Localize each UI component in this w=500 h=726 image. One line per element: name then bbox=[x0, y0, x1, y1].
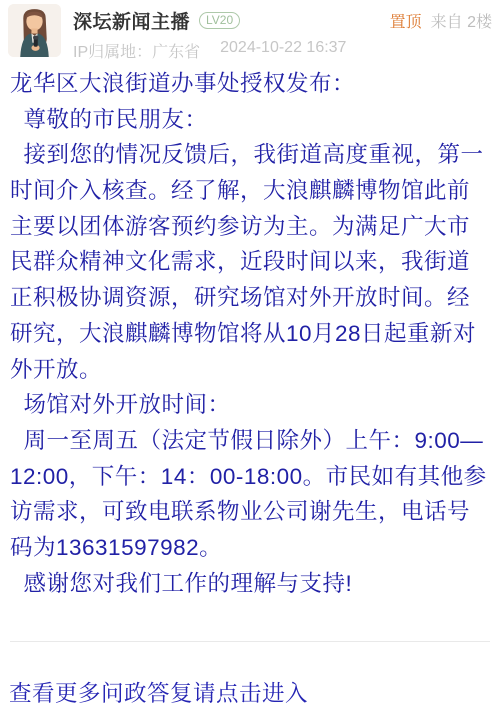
post-header: 深坛新闻主播 LV20 IP归属地：广东省 2024-10-22 16:37 置… bbox=[0, 0, 500, 62]
body-line: 尊敬的市民朋友： bbox=[10, 102, 490, 138]
body-line: 龙华区大浪街道办事处授权发布： bbox=[10, 66, 490, 102]
body-line: 正积极协调资源，研究场馆对外开放时间。经 bbox=[10, 280, 490, 316]
body-line: 时间介入核查。经了解，大浪麒麟博物馆此前 bbox=[10, 173, 490, 209]
body-line: 访需求，可致电联系物业公司谢先生，电话号 bbox=[10, 494, 490, 530]
username[interactable]: 深坛新闻主播 bbox=[73, 7, 190, 34]
level-badge: LV20 bbox=[199, 12, 240, 29]
body-line: 周一至周五（法定节假日除外）上午：9:00— bbox=[10, 423, 490, 459]
ip-location: IP归属地：广东省 bbox=[73, 39, 200, 62]
body-line: 主要以团体游客预约参访为主。为满足广大市 bbox=[10, 209, 490, 245]
more-replies-link[interactable]: 查看更多问政答复请点击进入 bbox=[9, 676, 308, 708]
post-body: 龙华区大浪街道办事处授权发布： 尊敬的市民朋友： 接到您的情况反馈后，我街道高度… bbox=[0, 62, 500, 601]
post-timestamp: 2024-10-22 16:37 bbox=[220, 39, 346, 62]
body-line: 民群众精神文化需求，近段时间以来，我街道 bbox=[10, 244, 490, 280]
news-anchor-avatar-icon bbox=[8, 4, 61, 57]
body-line: 研究，大浪麒麟博物馆将从10月28日起重新对 bbox=[10, 316, 490, 352]
floor-label: 来自 2楼 bbox=[431, 9, 492, 32]
body-line: 外开放。 bbox=[10, 352, 490, 388]
pinned-badge: 置顶 bbox=[390, 9, 422, 32]
body-line: 场馆对外开放时间： bbox=[10, 387, 490, 423]
user-avatar[interactable] bbox=[8, 4, 61, 57]
body-line: 12:00，下午：14：00-18:00。市民如有其他参 bbox=[10, 459, 490, 495]
post-footer: 查看更多问政答复请点击进入 bbox=[0, 641, 500, 708]
divider bbox=[10, 641, 490, 642]
body-line: 感谢您对我们工作的理解与支持! bbox=[10, 566, 490, 602]
body-line: 码为13631597982。 bbox=[10, 530, 490, 566]
body-line: 接到您的情况反馈后，我街道高度重视，第一 bbox=[10, 137, 490, 173]
